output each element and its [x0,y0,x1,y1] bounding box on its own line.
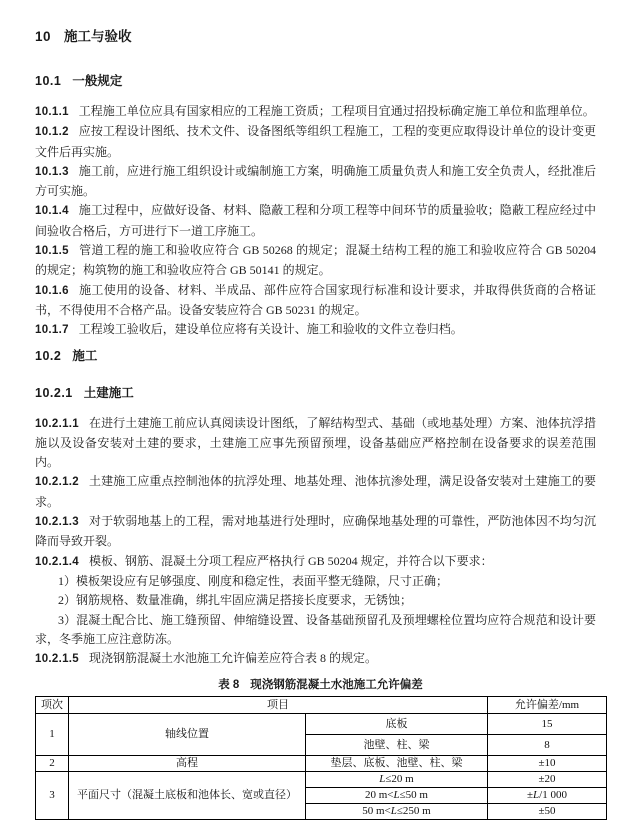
clause-text: 现浇钢筋混凝土水池施工允许偏差应符合表 8 的规定。 [89,651,377,665]
cell-item-no: 2 [36,756,69,772]
clause-text: 施工过程中，应做好设备、材料、隐蔽工程和分项工程等中间环节的质量验收；隐蔽工程应… [35,203,596,237]
cell-item-no: 1 [36,714,69,756]
list-item-1: 1）模板架设应有足够强度、刚度和稳定性，表面平整无缝隙，尺寸正确； [35,572,596,591]
cell-sub-item: L≤20 m [306,772,488,788]
cell-item: 轴线位置 [69,714,306,756]
clause-number: 10.1.6 [35,285,69,297]
table-caption: 表 8现浇钢筋混凝土水池施工允许偏差 [35,677,606,693]
table-row: 2 高程 垫层、底板、池壁、柱、梁 ±10 [36,756,607,772]
chapter-title: 施工与验收 [64,29,132,44]
cell-sub-item: 底板 [306,714,488,735]
document-page: 10施工与验收 10.1一般规定 10.1.1工程施工单位应具有国家相应的工程施… [0,0,631,830]
header-cell-item-no: 项次 [36,697,69,714]
header-cell-tolerance: 允许偏差/mm [488,697,607,714]
clause-number: 10.1.1 [35,106,69,118]
cell-tolerance: 8 [488,735,607,756]
cell-sub-item: 垫层、底板、池壁、柱、梁 [306,756,488,772]
cell-sub-item: 池壁、柱、梁 [306,735,488,756]
clause-text: 管道工程的施工和验收应符合 GB 50268 的规定；混凝土结构工程的施工和验收… [35,243,596,277]
tolerance-suffix: /1 000 [539,789,567,801]
clause-number: 10.2.1.4 [35,556,79,568]
subsection-title: 土建施工 [84,386,134,400]
clause-10-2-1-5: 10.2.1.5现浇钢筋混凝土水池施工允许偏差应符合表 8 的规定。 [35,649,596,669]
clause-number: 10.1.3 [35,166,69,178]
cell-item: 高程 [69,756,306,772]
table-row: 3 平面尺寸（混凝土底板和池体长、宽或直径） L≤20 m ±20 [36,772,607,788]
condition-prefix: 50 m< [362,805,391,817]
clause-10-1-3: 10.1.3施工前，应进行施工组织设计或编制施工方案，明确施工质量负责人和施工安… [35,162,596,202]
section-heading-10-1: 10.1一般规定 [35,73,606,90]
clause-number: 10.1.4 [35,205,69,217]
chapter-number: 10 [35,29,51,44]
clause-number: 10.2.1.2 [35,476,79,488]
clause-text: 工程施工单位应具有国家相应的工程施工资质；工程项目宜通过招投标确定施工单位和监理… [79,104,595,118]
cell-item-no: 3 [36,772,69,820]
subsection-heading-10-2-1: 10.2.1土建施工 [35,385,606,402]
condition-suffix: ≤20 m [385,773,413,785]
cell-item: 平面尺寸（混凝土底板和池体长、宽或直径） [69,772,306,820]
cell-tolerance: ±20 [488,772,607,788]
clause-10-2-1-3: 10.2.1.3对于软弱地基上的工程，需对地基进行处理时，应确保地基处理的可靠性… [35,512,596,552]
cell-tolerance: ±10 [488,756,607,772]
clause-number: 10.1.7 [35,324,69,336]
cell-sub-item: 50 m<L≤250 m [306,804,488,820]
clause-number: 10.1.5 [35,245,69,257]
clause-text: 模板、钢筋、混凝土分项工程应严格执行 GB 50204 规定，并符合以下要求： [89,554,493,568]
subsection-number: 10.2.1 [35,386,73,400]
clause-text: 工程竣工验收后，建设单位应将有关设计、施工和验收的文件立卷归档。 [79,322,463,336]
list-item-3: 3）混凝土配合比、施工缝预留、伸缩缝设置、设备基础预留孔及预埋螺栓位置均应符合规… [35,611,596,650]
section-number: 10.1 [35,74,61,88]
section-heading-10-2: 10.2施工 [35,348,606,365]
table-row: 1 轴线位置 底板 15 [36,714,607,735]
clause-number: 10.2.1.5 [35,653,79,665]
chapter-heading: 10施工与验收 [35,26,606,45]
clause-10-1-5: 10.1.5管道工程的施工和验收应符合 GB 50268 的规定；混凝土结构工程… [35,241,596,281]
section-number: 10.2 [35,349,61,363]
condition-suffix: ≤250 m [397,805,431,817]
cell-tolerance: 15 [488,714,607,735]
condition-suffix: ≤50 m [400,789,428,801]
table-caption-title: 现浇钢筋混凝土水池施工允许偏差 [250,679,423,691]
list-item-2: 2）钢筋规格、数量准确，绑扎牢固应满足搭接长度要求，无锈蚀； [35,591,596,610]
clause-10-1-4: 10.1.4施工过程中，应做好设备、材料、隐蔽工程和分项工程等中间环节的质量验收… [35,201,596,241]
clause-10-1-6: 10.1.6施工使用的设备、材料、半成品、部件应符合国家现行标准和设计要求，并取… [35,281,596,321]
header-cell-item: 项目 [69,697,488,714]
cell-tolerance: ±L/1 000 [488,788,607,804]
clause-text: 施工前，应进行施工组织设计或编制施工方案，明确施工质量负责人和施工安全负责人，经… [35,164,596,198]
clause-10-2-1-2: 10.2.1.2土建施工应重点控制池体的抗浮处理、地基处理、池体抗渗处理，满足设… [35,472,596,512]
table-caption-label: 表 8 [218,679,239,691]
clause-10-1-1: 10.1.1工程施工单位应具有国家相应的工程施工资质；工程项目宜通过招投标确定施… [35,102,596,122]
clause-10-1-7: 10.1.7工程竣工验收后，建设单位应将有关设计、施工和验收的文件立卷归档。 [35,320,596,340]
clause-10-2-1-1: 10.2.1.1在进行土建施工前应认真阅读设计图纸，了解结构型式、基础（或地基处… [35,414,596,473]
cell-tolerance: ±50 [488,804,607,820]
clause-number: 10.2.1.3 [35,516,79,528]
clause-text: 应按工程设计图纸、技术文件、设备图纸等组织工程施工，工程的变更应取得设计单位的设… [35,124,596,158]
clause-text: 土建施工应重点控制池体的抗浮处理、地基处理、池体抗渗处理，满足设备安装对土建施工… [35,474,596,508]
section-title: 一般规定 [72,74,122,88]
cell-sub-item: 20 m<L≤50 m [306,788,488,804]
condition-prefix: 20 m< [365,789,394,801]
table-header-row: 项次 项目 允许偏差/mm [36,697,607,714]
clause-10-2-1-4: 10.2.1.4模板、钢筋、混凝土分项工程应严格执行 GB 50204 规定，并… [35,552,596,572]
section-title: 施工 [72,349,97,363]
clause-text: 施工使用的设备、材料、半成品、部件应符合国家现行标准和设计要求，并取得供货商的合… [35,283,596,317]
clause-text: 在进行土建施工前应认真阅读设计图纸，了解结构型式、基础（或地基处理）方案、池体抗… [35,416,596,470]
clause-10-1-2: 10.1.2应按工程设计图纸、技术文件、设备图纸等组织工程施工，工程的变更应取得… [35,122,596,162]
tolerance-table: 项次 项目 允许偏差/mm 1 轴线位置 底板 15 池壁、柱、梁 8 2 高程… [35,696,607,820]
clause-number: 10.1.2 [35,126,69,138]
clause-number: 10.2.1.1 [35,418,79,430]
clause-text: 对于软弱地基上的工程，需对地基进行处理时，应确保地基处理的可靠性，严防池体因不均… [35,514,596,548]
